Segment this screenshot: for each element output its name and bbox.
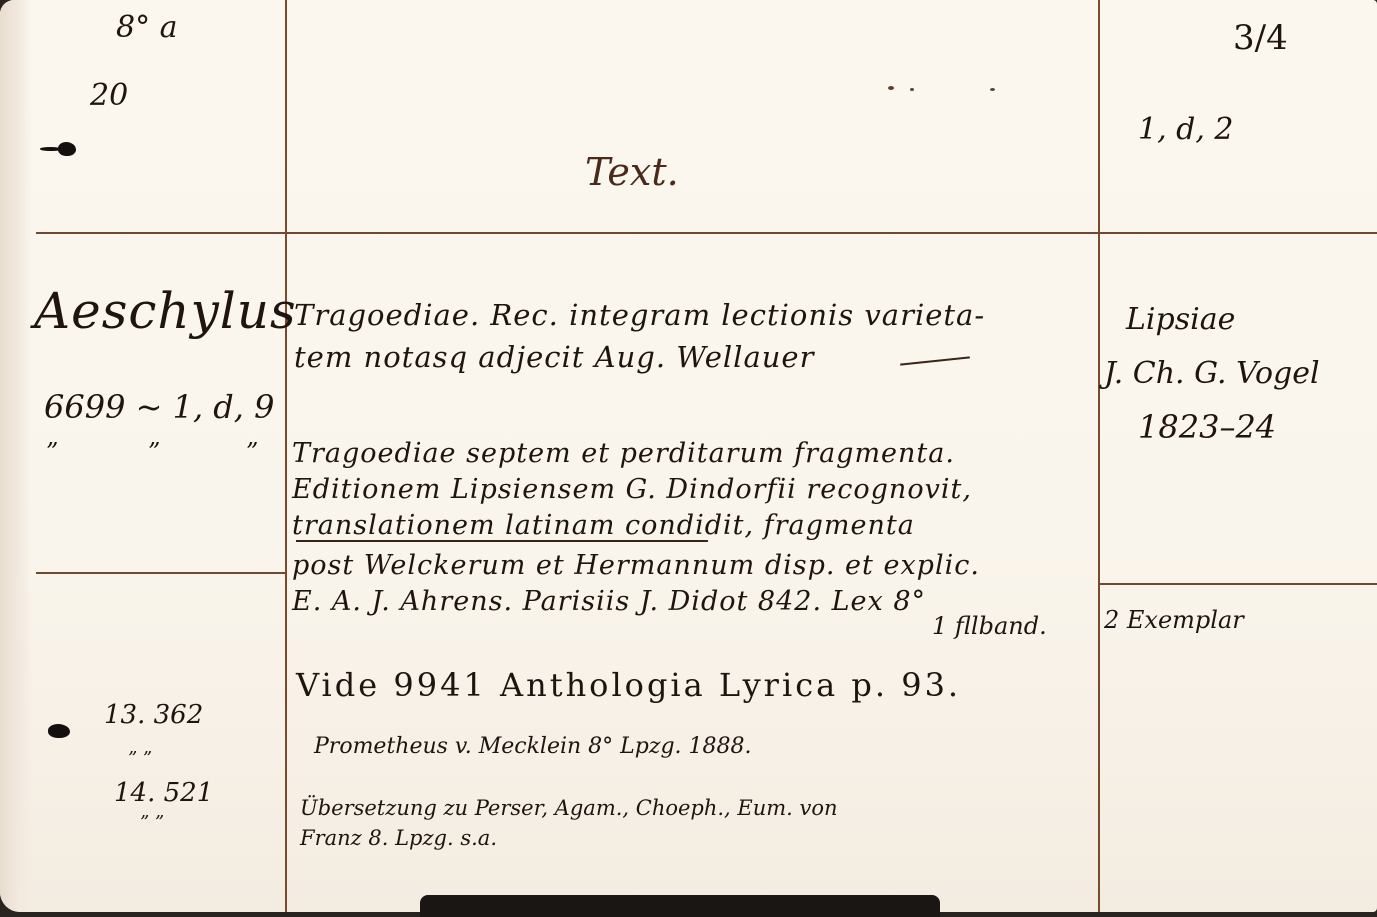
- note-prometheus: Prometheus v. Mecklein 8° Lpzg. 1888.: [314, 734, 752, 759]
- card-edge: [0, 0, 32, 912]
- rule-horizontal-header: [36, 232, 1377, 234]
- ink-blot-lower: [48, 724, 70, 738]
- title-1-line-1: Tragoediae. Rec. integram lectionis vari…: [294, 298, 985, 332]
- note-translation-line-2: Franz 8. Lpzg. s.a.: [300, 826, 497, 850]
- title-2-line-4: post Welckerum et Hermannum disp. et exp…: [292, 550, 980, 581]
- title-1-end-stroke: [900, 356, 970, 365]
- rule-vertical-right: [1098, 0, 1100, 912]
- title-2-underline: [296, 540, 708, 542]
- ditto-mark: ”: [148, 438, 160, 466]
- count-label: 20: [90, 78, 128, 113]
- binding-note: 1 fllband.: [932, 612, 1047, 640]
- ditto-mark: ”: [46, 438, 58, 466]
- corner-number: 3/4: [1233, 18, 1288, 58]
- rule-horizontal-left-lower: [36, 572, 286, 574]
- column-header: Text.: [585, 150, 679, 194]
- shelfmark: 6699 ~ 1, d, 9: [44, 388, 274, 426]
- ditto-mark: ”: [246, 438, 258, 466]
- title-2-line-3: translationem latinam condidit, fragment…: [292, 510, 915, 541]
- format-label: 8° a: [116, 10, 178, 45]
- title-2-line-5: E. A. J. Ahrens. Parisiis J. Didot 842. …: [292, 586, 926, 617]
- author-name: Aeschylus: [34, 282, 297, 340]
- ink-blot-stroke: [40, 147, 62, 151]
- ink-speck: [910, 88, 914, 91]
- scan-shadow: [420, 895, 940, 917]
- imprint-place: Lipsiae: [1126, 302, 1235, 337]
- accession-ditto: ” ”: [128, 748, 152, 769]
- accession-number: 14. 521: [114, 778, 213, 808]
- title-1-line-2: tem notasq adjecit Aug. Wellauer: [294, 340, 814, 374]
- ink-speck: [888, 86, 894, 90]
- rule-horizontal-right-lower: [1098, 583, 1377, 585]
- copies-note: 2 Exemplar: [1104, 606, 1244, 634]
- title-2-line-1: Tragoediae septem et perditarum fragment…: [292, 438, 955, 469]
- accession-number: 13. 362: [104, 700, 203, 730]
- ink-speck: [990, 88, 995, 91]
- accession-ditto: ” ”: [140, 812, 164, 833]
- catalogue-card: 3/4 8° a 20 Text. 1, d, 2 Aeschylus 6699…: [0, 0, 1377, 912]
- title-2-line-2: Editionem Lipsiensem G. Dindorfii recogn…: [292, 474, 972, 505]
- note-translation-line-1: Übersetzung zu Perser, Agam., Choeph., E…: [300, 796, 838, 820]
- imprint-publisher: J. Ch. G. Vogel: [1104, 356, 1320, 391]
- cross-reference: Vide 9941 Anthologia Lyrica p. 93.: [296, 666, 961, 704]
- rule-vertical-left: [285, 0, 287, 912]
- location-code: 1, d, 2: [1138, 112, 1234, 147]
- imprint-years: 1823–24: [1138, 408, 1276, 446]
